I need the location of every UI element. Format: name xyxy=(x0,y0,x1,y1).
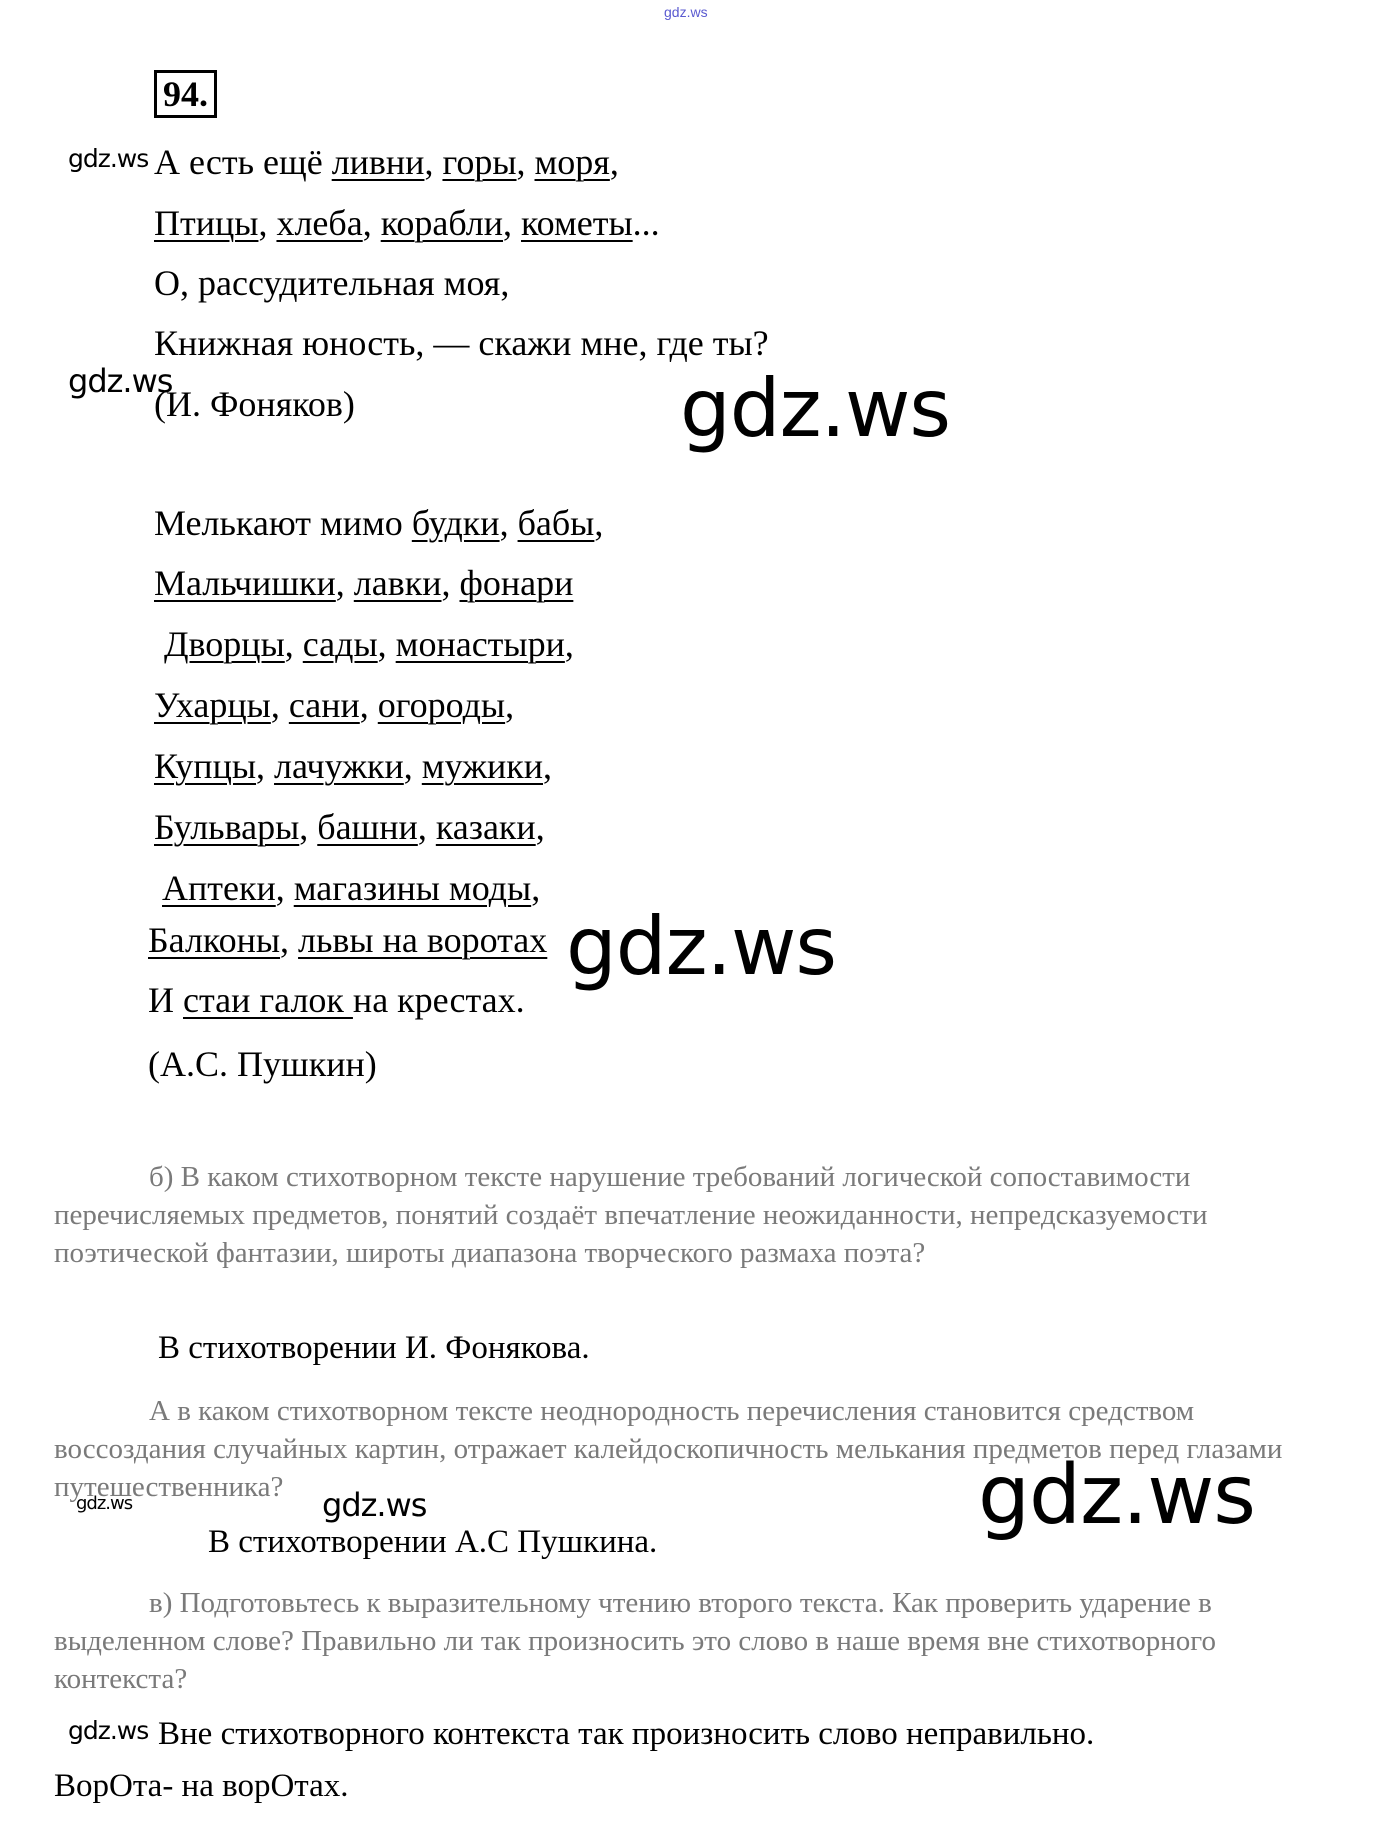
task-b-answer: В стихотворении И. Фонякова. xyxy=(158,1330,590,1367)
task-v-answer-line-2: ВорОта- на ворОтах. xyxy=(54,1768,349,1805)
task-b-answer-2: В стихотворении А.С Пушкина. xyxy=(208,1524,657,1561)
poem-line: Балконы, львы на воротах xyxy=(148,922,547,958)
poem-line: Мелькают мимо будки, бабы, xyxy=(154,505,603,541)
exercise-number: 94. xyxy=(154,70,217,118)
poem-text: , xyxy=(536,807,545,847)
poem-text: , xyxy=(280,920,298,960)
poem-text: , xyxy=(404,746,422,786)
watermark-small-2: gdz.ws xyxy=(68,362,172,400)
watermark-large-3: gdz.ws xyxy=(978,1448,1255,1543)
underlined-word: магазины моды xyxy=(294,868,531,908)
underlined-word: огороды xyxy=(378,685,505,725)
poem-line: А есть ещё ливни, горы, моря, xyxy=(154,144,619,180)
poem-text: , xyxy=(418,807,436,847)
task-v-answer-line-1: Вне стихотворного контекста так произнос… xyxy=(158,1716,1094,1753)
poem-text: , xyxy=(271,685,289,725)
underlined-word: Дворцы xyxy=(164,624,285,664)
poem-text: , xyxy=(505,685,514,725)
poem-text: ... xyxy=(633,203,660,243)
underlined-word: Балконы xyxy=(148,920,280,960)
poem-text: на крестах. xyxy=(353,980,525,1020)
underlined-word: Птицы xyxy=(154,203,258,243)
underlined-word: монастыри xyxy=(396,624,565,664)
underlined-word: Ухарцы xyxy=(154,685,271,725)
underlined-word: башни xyxy=(317,807,418,847)
underlined-word: фонари xyxy=(460,563,574,603)
underlined-word: лачужки xyxy=(274,746,404,786)
poem-text: , xyxy=(565,624,574,664)
poem-line: Бульвары, башни, казаки, xyxy=(154,809,545,845)
poem-author-fonyakov: (И. Фоняков) xyxy=(154,386,355,422)
underlined-word: корабли xyxy=(381,203,503,243)
watermark-small-3: gdz.ws xyxy=(76,1493,132,1514)
underlined-word: бабы xyxy=(518,503,595,543)
underlined-word: лавки xyxy=(354,563,442,603)
poem-text: , xyxy=(285,624,303,664)
underlined-word: моря xyxy=(535,142,610,182)
poem-line: Птицы, хлеба, корабли, кометы... xyxy=(154,205,660,241)
poem-text: , xyxy=(424,142,442,182)
poem-text: , xyxy=(256,746,274,786)
poem-text: , xyxy=(531,868,540,908)
underlined-word: Аптеки xyxy=(162,868,276,908)
watermark-small-5: gdz.ws xyxy=(68,1716,148,1745)
underlined-word: мужики xyxy=(422,746,543,786)
underlined-word: Купцы xyxy=(154,746,256,786)
watermark-small-4: gdz.ws xyxy=(322,1486,426,1524)
underlined-word: Мальчишки xyxy=(154,563,336,603)
underlined-word: ливни xyxy=(332,142,425,182)
underlined-word: хлеба xyxy=(276,203,362,243)
poem-text: Мелькают мимо xyxy=(154,503,412,543)
poem-text: , xyxy=(258,203,276,243)
poem-text: А есть ещё xyxy=(154,142,332,182)
underlined-word: сани xyxy=(289,685,360,725)
poem-text: , xyxy=(503,203,521,243)
underlined-word: сады xyxy=(303,624,378,664)
poem-line: О, рассудительная моя, xyxy=(154,265,509,301)
poem-text: И xyxy=(148,980,183,1020)
task-v-question-text: в) Подготовьтесь к выразительному чтению… xyxy=(54,1587,1216,1695)
underlined-word: казаки xyxy=(436,807,536,847)
poem-line: И стаи галок на крестах. xyxy=(148,982,525,1018)
poem-text: , xyxy=(276,868,294,908)
poem-text: , xyxy=(336,563,354,603)
poem-line: Дворцы, сады, монастыри, xyxy=(164,626,574,662)
task-b-question: б) В каком стихотворном тексте нарушение… xyxy=(54,1158,1284,1272)
poem-text: О, рассудительная моя, xyxy=(154,263,509,303)
underlined-word: кометы xyxy=(521,203,633,243)
poem-text: , xyxy=(360,685,378,725)
watermark-large-1: gdz.ws xyxy=(680,362,950,455)
poem-text: , xyxy=(610,142,619,182)
poem-line: Мальчишки, лавки, фонари xyxy=(154,565,573,601)
watermark-small-1: gdz.ws xyxy=(68,144,148,173)
task-b-question-text: б) В каком стихотворном тексте нарушение… xyxy=(54,1161,1208,1269)
underlined-word: Бульвары xyxy=(154,807,299,847)
poem-line: Ухарцы, сани, огороды, xyxy=(154,687,514,723)
watermark-top: gdz.ws xyxy=(664,4,708,20)
poem-text: Книжная юность, — скажи мне, где ты? xyxy=(154,323,769,363)
poem-line: Купцы, лачужки, мужики, xyxy=(154,748,552,784)
poem-line: Книжная юность, — скажи мне, где ты? xyxy=(154,325,769,361)
poem-author-pushkin: (А.С. Пушкин) xyxy=(148,1046,377,1082)
poem-line: Аптеки, магазины моды, xyxy=(162,870,540,906)
poem-text: , xyxy=(442,563,460,603)
poem-text: , xyxy=(517,142,535,182)
poem-text: , xyxy=(378,624,396,664)
poem-text: , xyxy=(543,746,552,786)
underlined-word: будки xyxy=(412,503,500,543)
poem-text: , xyxy=(594,503,603,543)
poem-text: , xyxy=(363,203,381,243)
underlined-word: львы на воротах xyxy=(298,920,547,960)
task-v-question: в) Подготовьтесь к выразительному чтению… xyxy=(54,1584,1284,1698)
poem-text: , xyxy=(500,503,518,543)
underlined-word: стаи галок xyxy=(183,980,353,1020)
poem-text: , xyxy=(299,807,317,847)
watermark-large-2: gdz.ws xyxy=(566,900,836,993)
underlined-word: горы xyxy=(442,142,516,182)
